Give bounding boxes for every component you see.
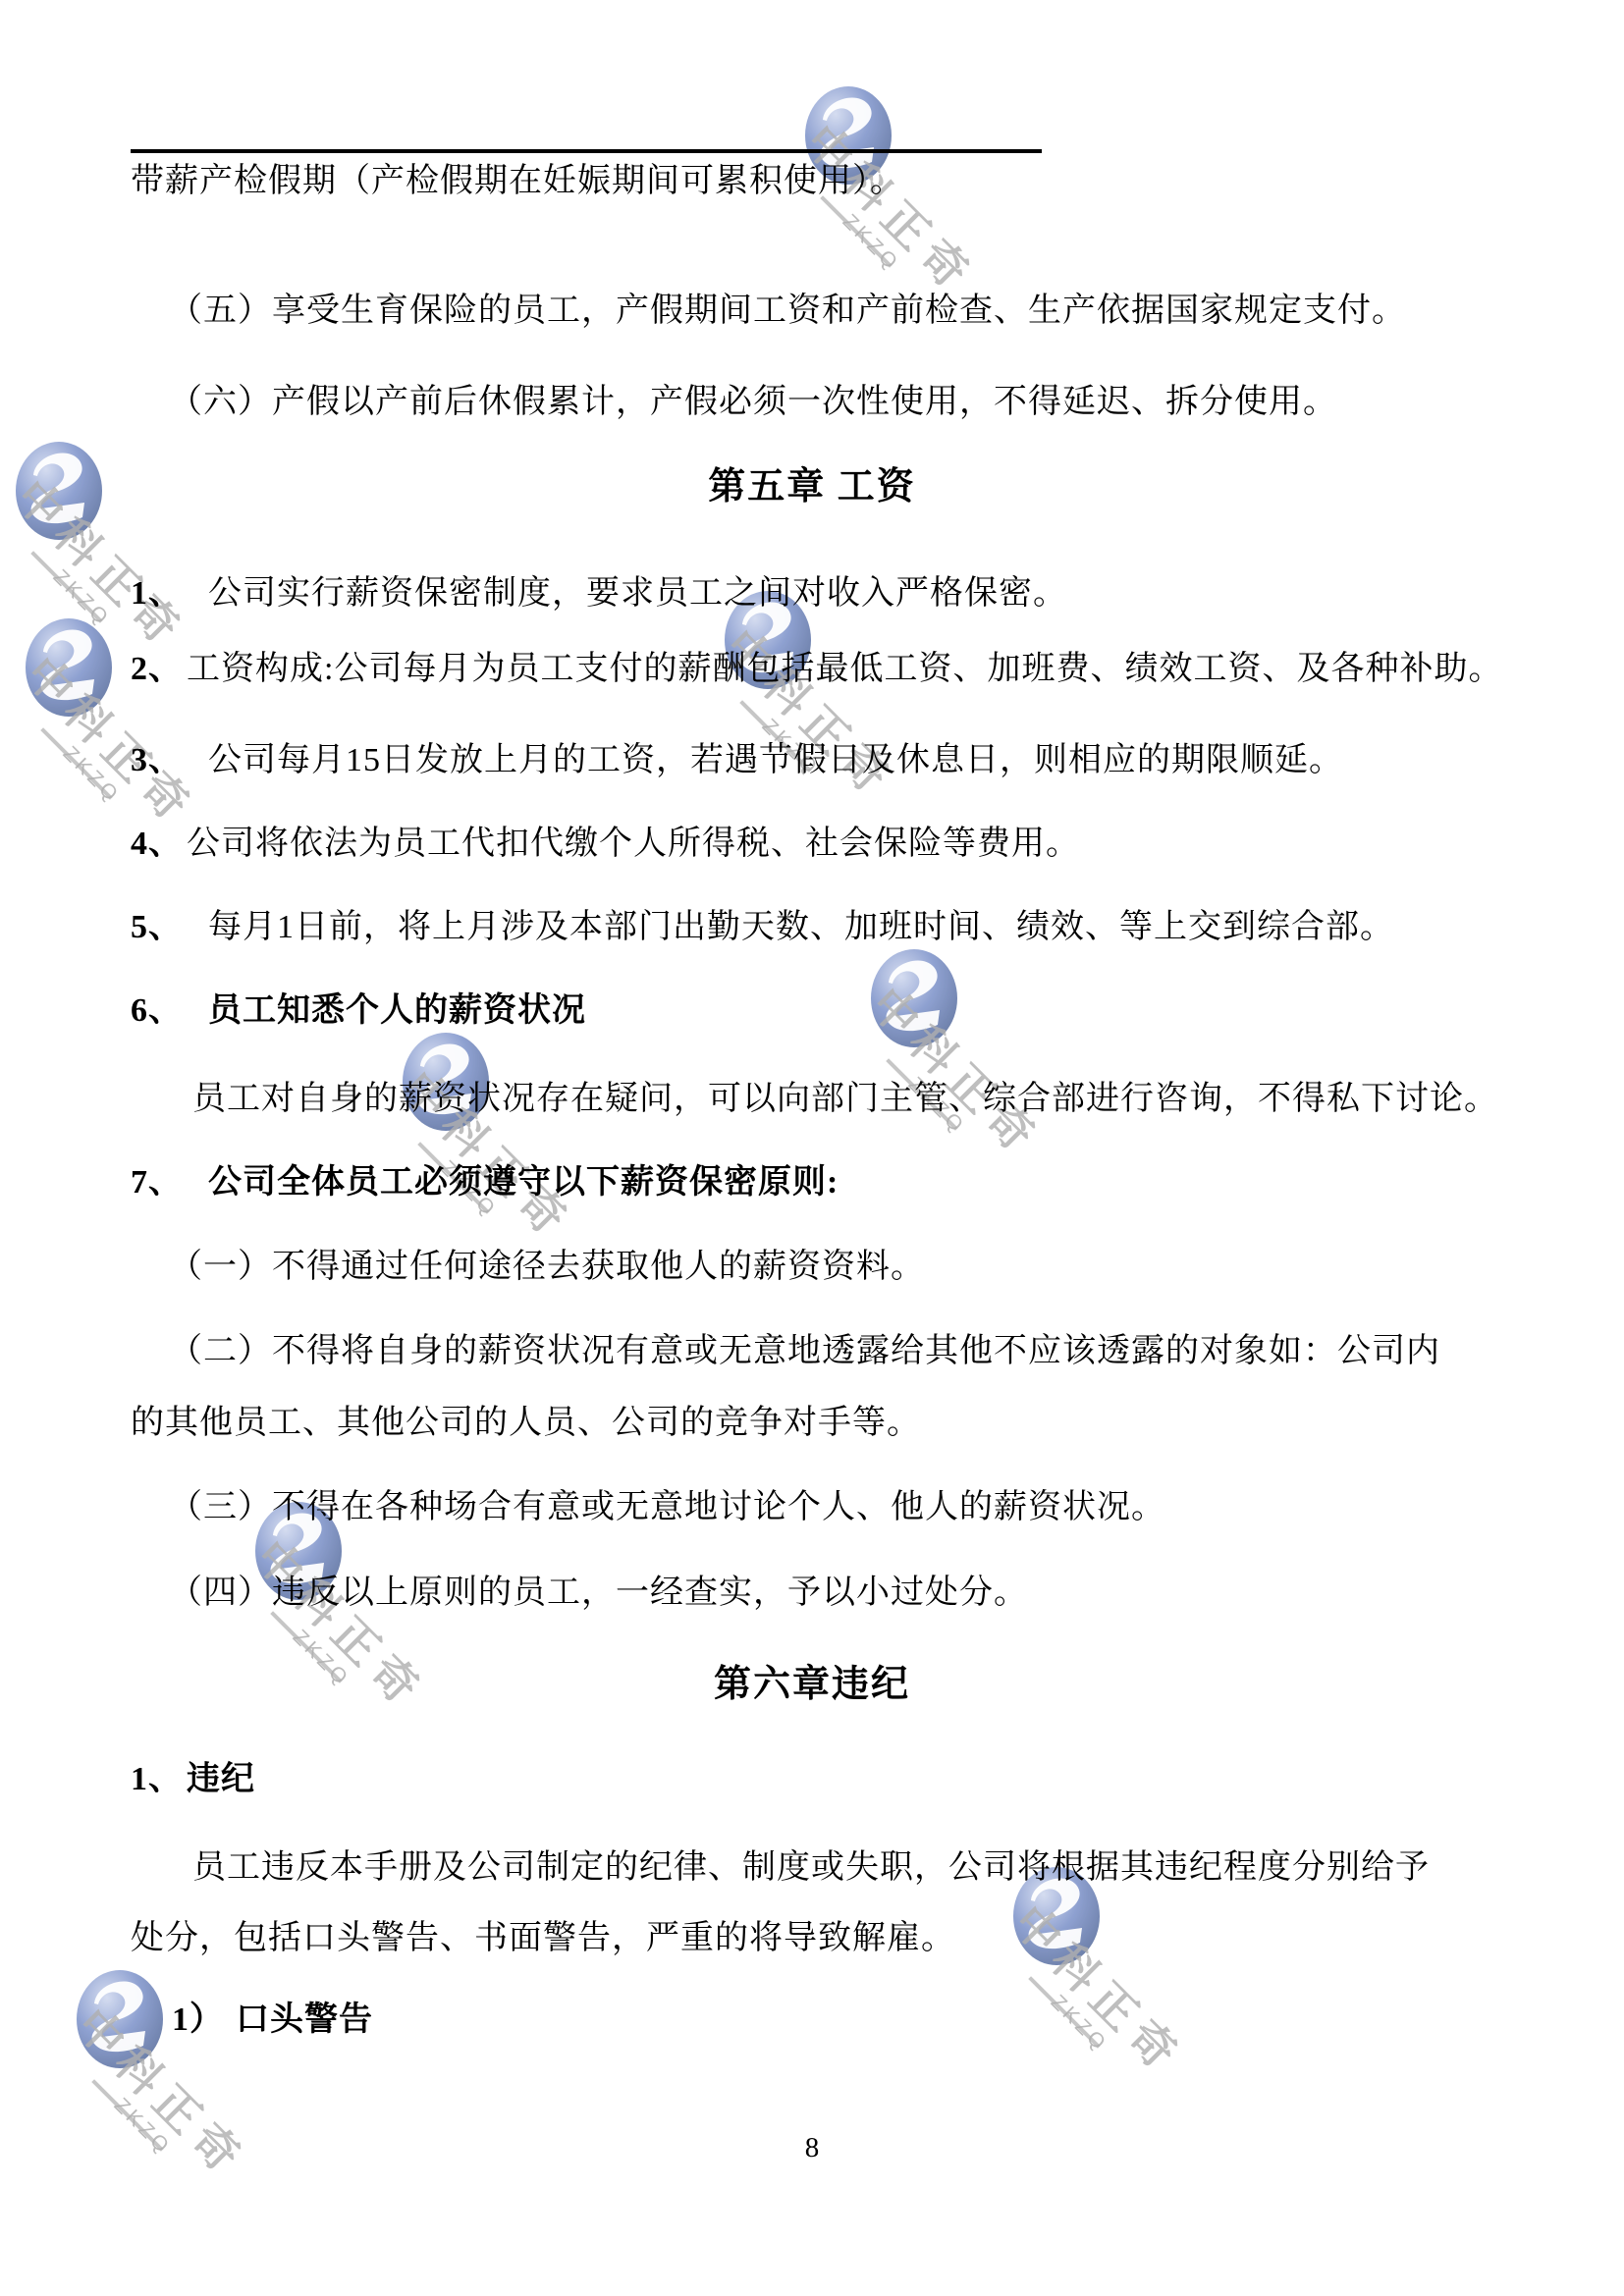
item-text: 工资构成:公司每月为员工支付的薪酬包括最低工资、加班费、绩效工资、及各种补助。 [187, 651, 1502, 687]
zkzq-logo-icon [75, 1968, 165, 2070]
paragraph-line: （一）不得通过任何途径去获取他人的薪资资料。 [169, 1248, 925, 1287]
watermark: 中科正奇 ZKZQ [253, 1500, 511, 1757]
item-number: 5、 [131, 909, 183, 945]
item-text: 公司全体员工必须遵守以下薪资保密原则: [208, 1164, 839, 1201]
numbered-item: 4、公司将依法为员工代扣代缴个人所得税、社会保险等费用。 [131, 825, 1080, 864]
watermark-text: 中科正奇 [712, 613, 910, 811]
numbered-item: 6、员工知悉个人的薪资状况 [131, 991, 586, 1031]
numbered-item: 7、公司全体员工必须遵守以下薪资保密原则: [131, 1163, 839, 1202]
numbered-item: 3、公司每月15日发放上月的工资，若遇节假日及休息日，则相应的期限顺延。 [131, 741, 1343, 780]
watermark-subtext: ZKZQ [58, 742, 125, 809]
numbered-item: 5、每月1日前，将上月涉及本部门出勤天数、加班时间、绩效、等上交到综合部。 [131, 908, 1394, 947]
watermark: 中科正奇 ZKZQ [723, 589, 980, 846]
watermark-subtext: ZKZQ [838, 210, 904, 277]
watermark-text: 中科正奇 [858, 971, 1056, 1169]
item-number: 3、 [131, 742, 183, 778]
page-number: 8 [131, 2132, 1493, 2164]
item-number: 1、 [131, 1761, 183, 1797]
item-number: 6、 [131, 992, 183, 1029]
numbered-item: 1）口头警告 [172, 2001, 373, 2040]
chapter-title: 第五章 工资 [131, 467, 1493, 507]
zkzq-logo-icon [24, 616, 114, 719]
numbered-item: 2、工资构成:公司每月为员工支付的薪酬包括最低工资、加班费、绩效工资、及各种补助… [131, 650, 1502, 689]
paragraph-line: （四）违反以上原则的员工，一经查实，予以小过处分。 [169, 1574, 1028, 1613]
item-text: 每月1日前，将上月涉及本部门出勤天数、加班时间、绩效、等上交到综合部。 [208, 909, 1394, 945]
paragraph-line: 员工对自身的薪资状况存在疑问，可以向部门主管、综合部进行咨询，不得私下讨论。 [192, 1080, 1498, 1119]
watermark-text: 中科正奇 [792, 108, 991, 306]
watermark: 中科正奇 ZKZQ [869, 947, 1126, 1204]
item-text: 公司实行薪资保密制度，要求员工之间对收入严格保密。 [208, 575, 1067, 612]
watermark-line [820, 195, 893, 268]
paragraph-line: （二）不得将自身的薪资状况有意或无意地透露给其他不应该透露的对象如：公司内 [169, 1332, 1440, 1371]
paragraph-line: （六）产假以产前后休假累计，产假必须一次性使用，不得延迟、拆分使用。 [169, 383, 1337, 422]
document-page: 中科正奇 ZKZQ 中科正奇 ZKZQ 中科正奇 ZKZQ 中科正奇 ZKZQ … [0, 0, 1624, 2296]
paragraph-line: 的其他员工、其他公司的人员、公司的竞争对手等。 [131, 1404, 921, 1443]
numbered-item: 1、违纪 [131, 1760, 255, 1799]
watermark-line [30, 551, 103, 623]
paragraph-line: （三）不得在各种场合有意或无意地讨论个人、他人的薪资状况。 [169, 1488, 1165, 1527]
zkzq-logo-icon [869, 947, 959, 1049]
numbered-item: 1、公司实行薪资保密制度，要求员工之间对收入严格保密。 [131, 574, 1067, 614]
paragraph-line: （五）享受生育保险的员工，产假期间工资和产前检查、生产依据国家规定支付。 [169, 292, 1406, 331]
item-text: 公司将依法为员工代扣代缴个人所得税、社会保险等费用。 [187, 826, 1080, 862]
item-text: 口头警告 [236, 2002, 373, 2038]
item-text: 违纪 [187, 1761, 255, 1797]
zkzq-logo-icon [14, 440, 104, 542]
item-number: 1） [172, 2002, 224, 2038]
header-rule [131, 149, 1042, 153]
watermark-subtext: ZKZQ [1046, 1991, 1112, 2057]
item-number: 2、 [131, 651, 183, 687]
item-number: 1、 [131, 575, 183, 612]
item-text: 公司每月15日发放上月的工资，若遇节假日及休息日，则相应的期限顺延。 [208, 742, 1343, 778]
watermark-line [40, 727, 113, 800]
paragraph-line: 员工违反本手册及公司制定的纪律、制度或失职，公司将根据其违纪程度分别给予 [192, 1848, 1430, 1888]
item-number: 7、 [131, 1164, 183, 1201]
watermark: 中科正奇 ZKZQ [1011, 1865, 1269, 2122]
paragraph-line: 处分，包括口头警告、书面警告，严重的将导致解雇。 [131, 1919, 955, 1958]
watermark-text: 中科正奇 [1001, 1889, 1199, 2087]
chapter-title: 第六章违纪 [131, 1665, 1493, 1704]
paragraph-line: 带薪产检假期（产检假期在妊娠期间可累积使用）。 [131, 162, 904, 201]
item-text: 员工知悉个人的薪资状况 [208, 992, 586, 1029]
item-number: 4、 [131, 826, 183, 862]
watermark-line [1028, 1976, 1101, 2049]
watermark-subtext: ZKZQ [48, 565, 115, 632]
